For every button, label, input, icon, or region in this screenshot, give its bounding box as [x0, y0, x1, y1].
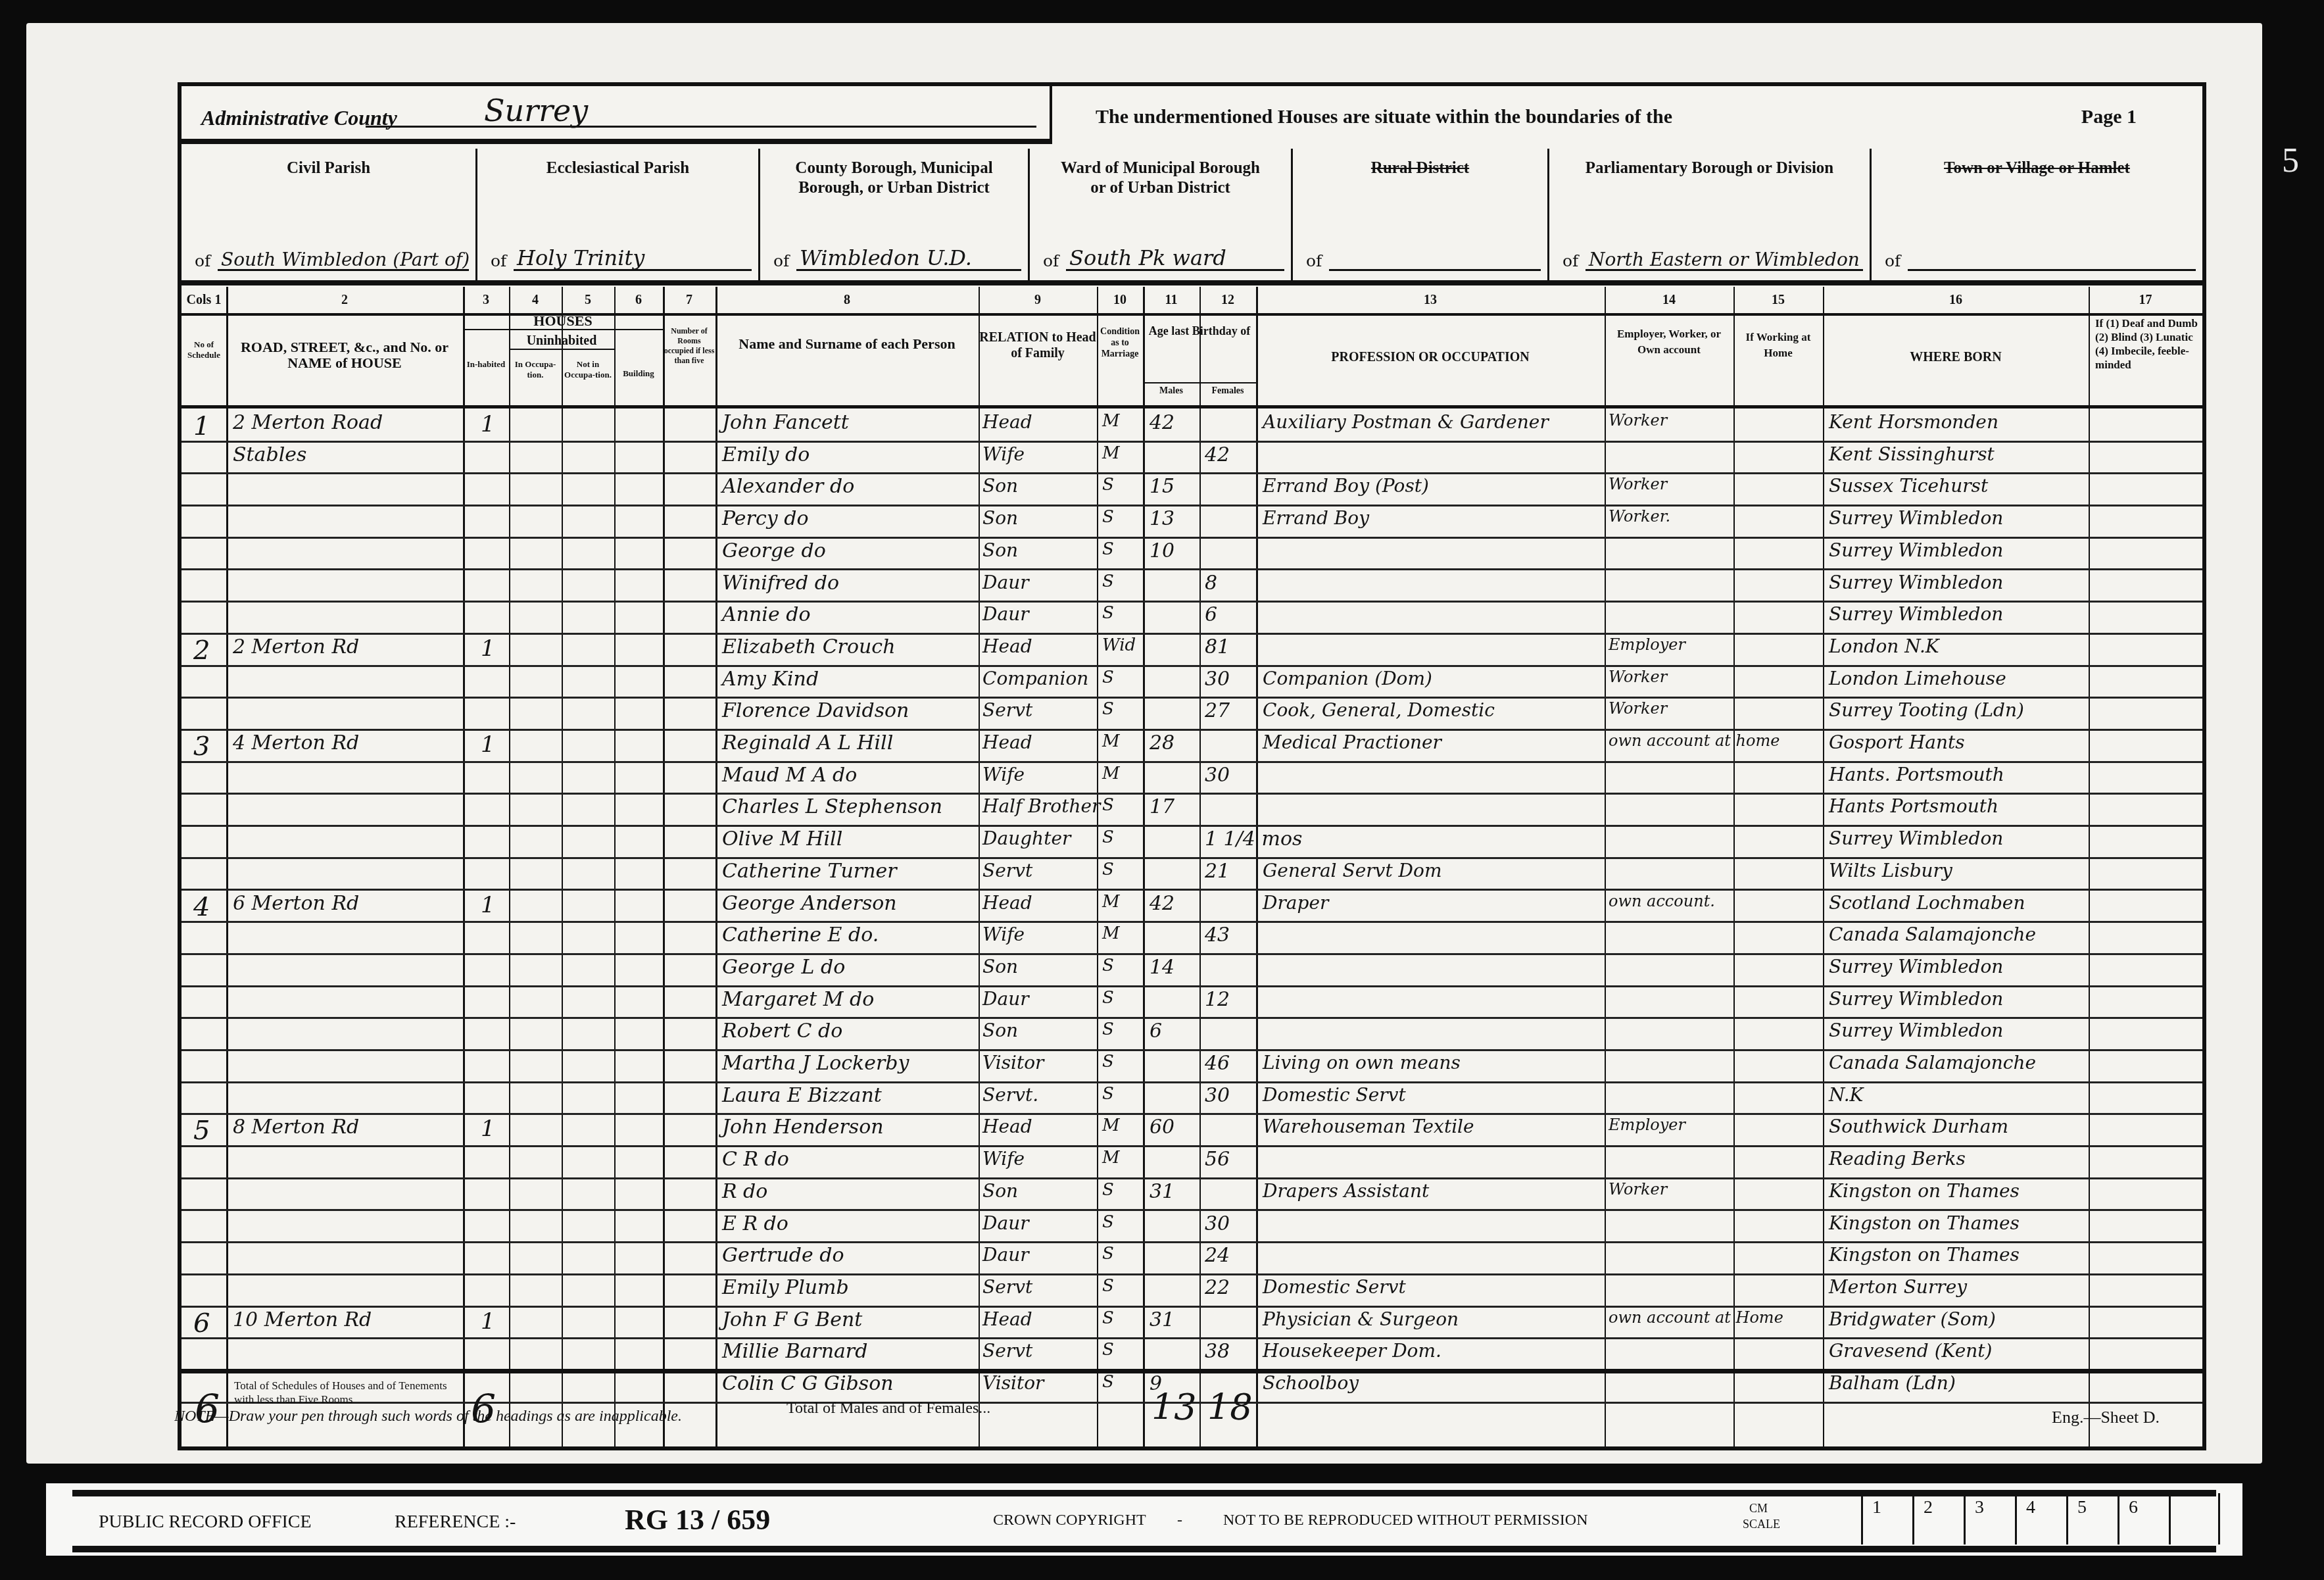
county-underline: [366, 126, 1036, 128]
person-name: Robert C do: [722, 1020, 842, 1043]
employment-status: Worker: [1609, 699, 1667, 718]
scale-cm-1: 1: [1861, 1493, 1912, 1544]
marital-condition: S: [1102, 1052, 1114, 1072]
occupation: Warehouseman Textile: [1263, 1116, 1474, 1137]
male-age: 31: [1150, 1308, 1174, 1331]
male-age: 28: [1150, 731, 1174, 754]
relation: Head: [982, 635, 1032, 657]
table-row: Annie doDaurS6Surrey Wimbledon: [182, 601, 2202, 635]
birthplace: Surrey Wimbledon: [1829, 539, 2003, 561]
table-row: Martha J LockerbyVisitorS46Living on own…: [182, 1049, 2202, 1083]
relation: Head: [982, 1116, 1032, 1137]
birthplace: Gosport Hants: [1829, 731, 1965, 753]
table-row: 58 Merton Rd1John HendersonHeadM60Wareho…: [182, 1113, 2202, 1147]
employment-status: Worker: [1609, 1180, 1667, 1198]
person-name: Charles L Stephenson: [722, 795, 942, 818]
relation: Companion: [982, 668, 1088, 689]
person-name: Gertrude do: [722, 1244, 844, 1267]
inhabited-count: 1: [481, 731, 495, 758]
female-age: 30: [1205, 1084, 1230, 1107]
table-row: Gertrude doDaurS24Kingston on Thames: [182, 1241, 2202, 1275]
male-age: 15: [1150, 475, 1174, 498]
reference-label: REFERENCE :-: [395, 1512, 516, 1533]
relation: Servt: [982, 860, 1032, 881]
person-name: George Anderson: [722, 892, 897, 915]
relation: Servt: [982, 699, 1032, 721]
marital-condition: S: [1102, 1180, 1114, 1200]
occupation: Cook, General, Domestic: [1263, 699, 1495, 721]
female-age: 12: [1205, 988, 1230, 1011]
occupation: Drapers Assistant: [1263, 1180, 1429, 1202]
schedules-total-label: Total of Schedules of Houses and of Tene…: [234, 1379, 458, 1406]
female-age: 8: [1205, 572, 1217, 595]
female-age: 22: [1205, 1276, 1230, 1299]
separator: -: [1177, 1512, 1182, 1529]
relation: Daur: [982, 1244, 1029, 1266]
relation: Half Brother: [982, 795, 1100, 817]
occupation: Domestic Servt: [1263, 1276, 1406, 1298]
address: 8 Merton Rd: [233, 1116, 359, 1139]
birthplace: Kent Horsmonden: [1829, 411, 1998, 433]
birthplace: Hants Portsmouth: [1829, 795, 1998, 817]
person-name: Amy Kind: [722, 668, 819, 691]
female-age: 56: [1205, 1148, 1230, 1171]
marital-condition: S: [1102, 988, 1114, 1008]
table-row: 46 Merton Rd1George AndersonHeadM42Drape…: [182, 889, 2202, 924]
person-name: Catherine Turner: [722, 860, 897, 883]
relation: Daur: [982, 988, 1029, 1010]
marital-condition: M: [1102, 731, 1120, 751]
birthplace: Kingston on Thames: [1829, 1180, 2020, 1202]
relation: Son: [982, 507, 1018, 529]
inhabited-count: 1: [481, 1116, 495, 1142]
marital-condition: S: [1102, 860, 1114, 879]
person-name: R do: [722, 1180, 767, 1203]
marital-condition: S: [1102, 1212, 1114, 1232]
census-sheet: Administrative County Surrey The underme…: [178, 82, 2206, 1450]
female-age: 30: [1205, 1212, 1230, 1235]
occupation: Errand Boy (Post): [1263, 475, 1429, 497]
crown-copyright: CROWN COPYRIGHT: [993, 1512, 1146, 1529]
marital-condition: S: [1102, 668, 1114, 687]
relation: Head: [982, 731, 1032, 753]
footer-rule-bottom: [72, 1546, 2216, 1552]
birthplace: Southwick Durham: [1829, 1116, 2008, 1137]
footnote: NOTE—Draw your pen through such words of…: [174, 1408, 682, 1425]
table-row: Margaret M doDaurS12Surrey Wimbledon: [182, 985, 2202, 1020]
relation: Head: [982, 411, 1032, 433]
person-name: Olive M Hill: [722, 827, 842, 851]
occupation: Companion (Dom): [1263, 668, 1432, 689]
scale-cm-3: 3: [1964, 1493, 2015, 1544]
male-age: 42: [1150, 892, 1174, 915]
person-name: Alexander do: [722, 475, 854, 498]
table-row: 12 Merton Road1John FancettHeadM42Auxili…: [182, 408, 2202, 443]
marital-condition: S: [1102, 1340, 1114, 1360]
marital-condition: M: [1102, 411, 1120, 431]
table-row: Emily PlumbServtS22Domestic ServtMerton …: [182, 1273, 2202, 1308]
birthplace: Surrey Wimbledon: [1829, 956, 2003, 977]
birthplace: Sussex Ticehurst: [1829, 475, 1988, 497]
birthplace: Scotland Lochmaben: [1829, 892, 2025, 914]
female-age: 24: [1205, 1244, 1230, 1267]
marital-condition: M: [1102, 1116, 1120, 1135]
person-name: Florence Davidson: [722, 699, 909, 722]
county-borough: County Borough, Municipal Borough, or Ur…: [760, 149, 1030, 280]
females-total: 18: [1207, 1387, 1253, 1428]
marital-condition: Wid: [1102, 635, 1136, 655]
relation: Wife: [982, 764, 1025, 785]
table-row: George L doSonS14Surrey Wimbledon: [182, 953, 2202, 987]
birthplace: Canada Salamajonche: [1829, 1052, 2036, 1074]
birthplace: Surrey Wimbledon: [1829, 1020, 2003, 1041]
relation: Daughter: [982, 827, 1071, 849]
males-females-label: Total of Males and of Females...: [787, 1400, 990, 1418]
person-name: John F G Bent: [722, 1308, 862, 1331]
table-row: 22 Merton Rd1Elizabeth CrouchHeadWid81Em…: [182, 633, 2202, 667]
person-name: Elizabeth Crouch: [722, 635, 895, 658]
relation: Wife: [982, 1148, 1025, 1170]
employment-status: Worker.: [1609, 507, 1670, 526]
birthplace: Surrey Wimbledon: [1829, 603, 2003, 625]
address: 10 Merton Rd: [233, 1308, 372, 1331]
employment-status: own account at home: [1609, 731, 1779, 750]
address: 2 Merton Rd: [233, 635, 359, 658]
employment-status: own account.: [1609, 892, 1715, 910]
town-village-hamlet: Town or Village or Hamlet of: [1872, 149, 2202, 280]
scale-cm-5: 5: [2066, 1493, 2118, 1544]
female-age: 30: [1205, 668, 1230, 691]
person-name: C R do: [722, 1148, 789, 1171]
employment-status: Worker: [1609, 411, 1667, 430]
side-number: 5: [2282, 141, 2299, 180]
relation: Wife: [982, 443, 1025, 465]
occupation: Housekeeper Dom.: [1263, 1340, 1441, 1362]
marital-condition: S: [1102, 827, 1114, 847]
person-name: George do: [722, 539, 826, 562]
person-name: Annie do: [722, 603, 810, 626]
marital-condition: S: [1102, 507, 1114, 527]
table-row: Florence DavidsonServtS27Cook, General, …: [182, 697, 2202, 731]
table-row: Amy KindCompanionS30Companion (Dom)Worke…: [182, 665, 2202, 699]
birthplace: Surrey Wimbledon: [1829, 572, 2003, 593]
birthplace: Hants. Portsmouth: [1829, 764, 2004, 785]
permission-notice: NOT TO BE REPRODUCED WITHOUT PERMISSION: [1223, 1512, 1588, 1529]
scale-label-cm: CM: [1749, 1502, 1768, 1516]
scale-cm-4: 4: [2015, 1493, 2066, 1544]
table-row: R doSonS31Drapers AssistantWorkerKingsto…: [182, 1177, 2202, 1212]
archive-footer: PUBLIC RECORD OFFICE REFERENCE :- RG 13 …: [46, 1483, 2242, 1556]
schedule-number: 1: [193, 411, 210, 441]
person-name: Emily Plumb: [722, 1276, 849, 1299]
schedule-number: 6: [193, 1308, 210, 1339]
table-row: Olive M HillDaughterS1 1/4 mosSurrey Wim…: [182, 825, 2202, 859]
relation: Son: [982, 956, 1018, 977]
employment-status: Worker: [1609, 475, 1667, 493]
person-name: Emily do: [722, 443, 810, 466]
relation: Servt: [982, 1340, 1032, 1362]
table-row: Maud M A doWifeM30Hants. Portsmouth: [182, 761, 2202, 795]
occupation: Draper: [1263, 892, 1328, 914]
person-name: E R do: [722, 1212, 788, 1235]
marital-condition: M: [1102, 892, 1120, 912]
relation: Daur: [982, 1212, 1029, 1234]
parliamentary-borough: Parliamentary Borough or Division of Nor…: [1549, 149, 1872, 280]
female-age: 46: [1205, 1052, 1230, 1075]
marital-condition: S: [1102, 956, 1114, 975]
inhabited-count: 1: [481, 1308, 495, 1335]
birthplace: Gravesend (Kent): [1829, 1340, 1993, 1362]
census-page: Administrative County Surrey The underme…: [26, 23, 2262, 1464]
male-age: 17: [1150, 795, 1174, 818]
column-headers: No of Schedule ROAD, STREET, &c., and No…: [182, 313, 2202, 408]
scale-cm-2: 2: [1912, 1493, 1964, 1544]
employment-status: Employer: [1609, 635, 1685, 654]
administrative-county-box: Administrative County Surrey: [182, 86, 1052, 144]
ecclesiastical-parish: Ecclesiastical Parish of Holy Trinity: [477, 149, 760, 280]
relation: Son: [982, 475, 1018, 497]
scale-cm-6: 6: [2118, 1493, 2169, 1544]
table-row: StablesEmily doWifeM42Kent Sissinghurst: [182, 441, 2202, 475]
occupation: Living on own means: [1263, 1052, 1461, 1074]
marital-condition: S: [1102, 795, 1114, 815]
marital-condition: M: [1102, 443, 1120, 463]
birthplace: Surrey Wimbledon: [1829, 827, 2003, 849]
birthplace: Surrey Wimbledon: [1829, 507, 2003, 529]
occupation: Medical Practioner: [1263, 731, 1441, 753]
table-row: Percy doSonS13Errand BoyWorker.Surrey Wi…: [182, 505, 2202, 539]
schedule-number: 3: [193, 731, 210, 762]
occupation: Auxiliary Postman & Gardener: [1263, 411, 1549, 433]
occupation: Errand Boy: [1263, 507, 1369, 529]
birthplace: Kingston on Thames: [1829, 1244, 2020, 1266]
address: 4 Merton Rd: [233, 731, 359, 754]
male-age: 6: [1150, 1020, 1162, 1043]
relation: Daur: [982, 572, 1029, 593]
female-age: 30: [1205, 764, 1230, 787]
person-name: John Fancett: [722, 411, 849, 434]
reference-number: RG 13 / 659: [625, 1503, 770, 1537]
birthplace: Kent Sissinghurst: [1829, 443, 1995, 465]
boundaries-statement: The undermentioned Houses are situate wi…: [1096, 106, 1672, 128]
page-number: Page 1: [2081, 106, 2137, 128]
male-age: 10: [1150, 539, 1174, 562]
marital-condition: S: [1102, 1020, 1114, 1039]
scale-label: SCALE: [1743, 1518, 1780, 1531]
male-age: 60: [1150, 1116, 1174, 1139]
birthplace: Surrey Tooting (Ldn): [1829, 699, 2024, 721]
county-value: Surrey: [484, 93, 588, 128]
birthplace: Wilts Lisbury: [1829, 860, 1952, 881]
person-name: Martha J Lockerby: [722, 1052, 909, 1075]
relation: Servt.: [982, 1084, 1038, 1106]
person-name: George L do: [722, 956, 845, 979]
table-row: Winifred doDaurS8Surrey Wimbledon: [182, 569, 2202, 603]
person-name: Laura E Bizzant: [722, 1084, 882, 1107]
table-row: 610 Merton Rd1John F G BentHeadS31Physic…: [182, 1306, 2202, 1340]
person-name: Margaret M do: [722, 988, 874, 1011]
scale-cm-end: [2169, 1493, 2220, 1544]
occupation: Physician & Surgeon: [1263, 1308, 1459, 1330]
male-age: 14: [1150, 956, 1174, 979]
birthplace: Canada Salamajonche: [1829, 924, 2036, 945]
inhabited-count: 1: [481, 411, 495, 437]
female-age: 38: [1205, 1340, 1230, 1363]
marital-condition: M: [1102, 764, 1120, 783]
inhabited-count: 1: [481, 635, 495, 662]
birthplace: Merton Surrey: [1829, 1276, 1967, 1298]
division-headers: Civil Parish of South Wimbledon (Part of…: [182, 149, 2202, 285]
employment-status: own account at Home: [1609, 1308, 1783, 1327]
female-age: 1 1/4 mos: [1205, 827, 1302, 851]
birthplace: London N.K: [1829, 635, 1939, 657]
address: 6 Merton Rd: [233, 892, 359, 915]
birthplace: Kingston on Thames: [1829, 1212, 2020, 1234]
table-row: Millie BarnardServtS38Housekeeper Dom.Gr…: [182, 1337, 2202, 1371]
person-name: Catherine E do.: [722, 924, 879, 947]
person-name: Millie Barnard: [722, 1340, 867, 1363]
male-age: 42: [1150, 411, 1174, 434]
address: 2 Merton Road: [233, 411, 383, 434]
marital-condition: S: [1102, 699, 1114, 719]
female-age: 6: [1205, 603, 1217, 626]
ward: Ward of Municipal Borough or of Urban Di…: [1030, 149, 1293, 280]
table-row: Catherine E do.WifeM43Canada Salamajonch…: [182, 921, 2202, 955]
employment-status: Employer: [1609, 1116, 1685, 1134]
relation: Son: [982, 1180, 1018, 1202]
relation: Head: [982, 1308, 1032, 1330]
marital-condition: S: [1102, 475, 1114, 495]
schedule-number: 4: [193, 892, 210, 922]
birthplace: N.K: [1829, 1084, 1864, 1106]
marital-condition: S: [1102, 1244, 1114, 1264]
schedule-number: 5: [193, 1116, 210, 1146]
female-age: 42: [1205, 443, 1230, 466]
address: Stables: [233, 443, 306, 466]
relation: Wife: [982, 924, 1025, 945]
relation: Head: [982, 892, 1032, 914]
birthplace: London Limehouse: [1829, 668, 2006, 689]
marital-condition: M: [1102, 924, 1120, 943]
relation: Son: [982, 539, 1018, 561]
relation: Son: [982, 1020, 1018, 1041]
table-row: Catherine TurnerServtS21General Servt Do…: [182, 857, 2202, 891]
female-age: 27: [1205, 699, 1230, 722]
relation: Servt: [982, 1276, 1032, 1298]
schedule-number: 2: [193, 635, 210, 666]
marital-condition: S: [1102, 603, 1114, 623]
marital-condition: M: [1102, 1148, 1120, 1168]
female-age: 43: [1205, 924, 1230, 947]
cm-scale: 1 2 3 4 5 6: [1861, 1493, 2220, 1544]
archive-office: PUBLIC RECORD OFFICE: [99, 1512, 312, 1533]
person-name: Reginald A L Hill: [722, 731, 893, 754]
table-row: George doSonS10Surrey Wimbledon: [182, 537, 2202, 571]
table-row: Charles L StephensonHalf BrotherS17Hants…: [182, 793, 2202, 827]
birthplace: Surrey Wimbledon: [1829, 988, 2003, 1010]
table-row: 34 Merton Rd1Reginald A L HillHeadM28Med…: [182, 729, 2202, 763]
birthplace: Bridgwater (Som): [1829, 1308, 1996, 1330]
sheet-code: Eng.—Sheet D.: [2052, 1408, 2160, 1427]
table-row: Robert C doSonS6Surrey Wimbledon: [182, 1017, 2202, 1051]
relation: Daur: [982, 603, 1029, 625]
relation: Visitor: [982, 1052, 1044, 1074]
marital-condition: S: [1102, 1084, 1114, 1104]
person-name: Maud M A do: [722, 764, 857, 787]
table-row: E R doDaurS30Kingston on Thames: [182, 1210, 2202, 1244]
rural-district: Rural District of: [1293, 149, 1549, 280]
person-name: Winifred do: [722, 572, 839, 595]
marital-condition: S: [1102, 539, 1114, 559]
table-row: Alexander doSonS15Errand Boy (Post)Worke…: [182, 472, 2202, 506]
males-total: 13: [1151, 1387, 1197, 1428]
birthplace: Reading Berks: [1829, 1148, 1966, 1170]
civil-parish: Civil Parish of South Wimbledon (Part of…: [182, 149, 477, 280]
employment-status: Worker: [1609, 668, 1667, 686]
female-age: 21: [1205, 860, 1230, 883]
marital-condition: S: [1102, 572, 1114, 591]
occupation: General Servt Dom: [1263, 860, 1441, 881]
marital-condition: S: [1102, 1308, 1114, 1328]
person-name: John Henderson: [722, 1116, 884, 1139]
female-age: 81: [1205, 635, 1230, 658]
table-row: Laura E BizzantServt.S30Domestic ServtN.…: [182, 1081, 2202, 1116]
person-name: Percy do: [722, 507, 808, 530]
table-row: C R doWifeM56Reading Berks: [182, 1145, 2202, 1179]
male-age: 31: [1150, 1180, 1174, 1203]
column-numbers: Cols 1 2 3 4 5 6 7 8 9 10 11 12 13 14 15…: [182, 287, 2202, 316]
marital-condition: S: [1102, 1276, 1114, 1296]
occupation: Domestic Servt: [1263, 1084, 1406, 1106]
inhabited-count: 1: [481, 892, 495, 918]
male-age: 13: [1150, 507, 1174, 530]
